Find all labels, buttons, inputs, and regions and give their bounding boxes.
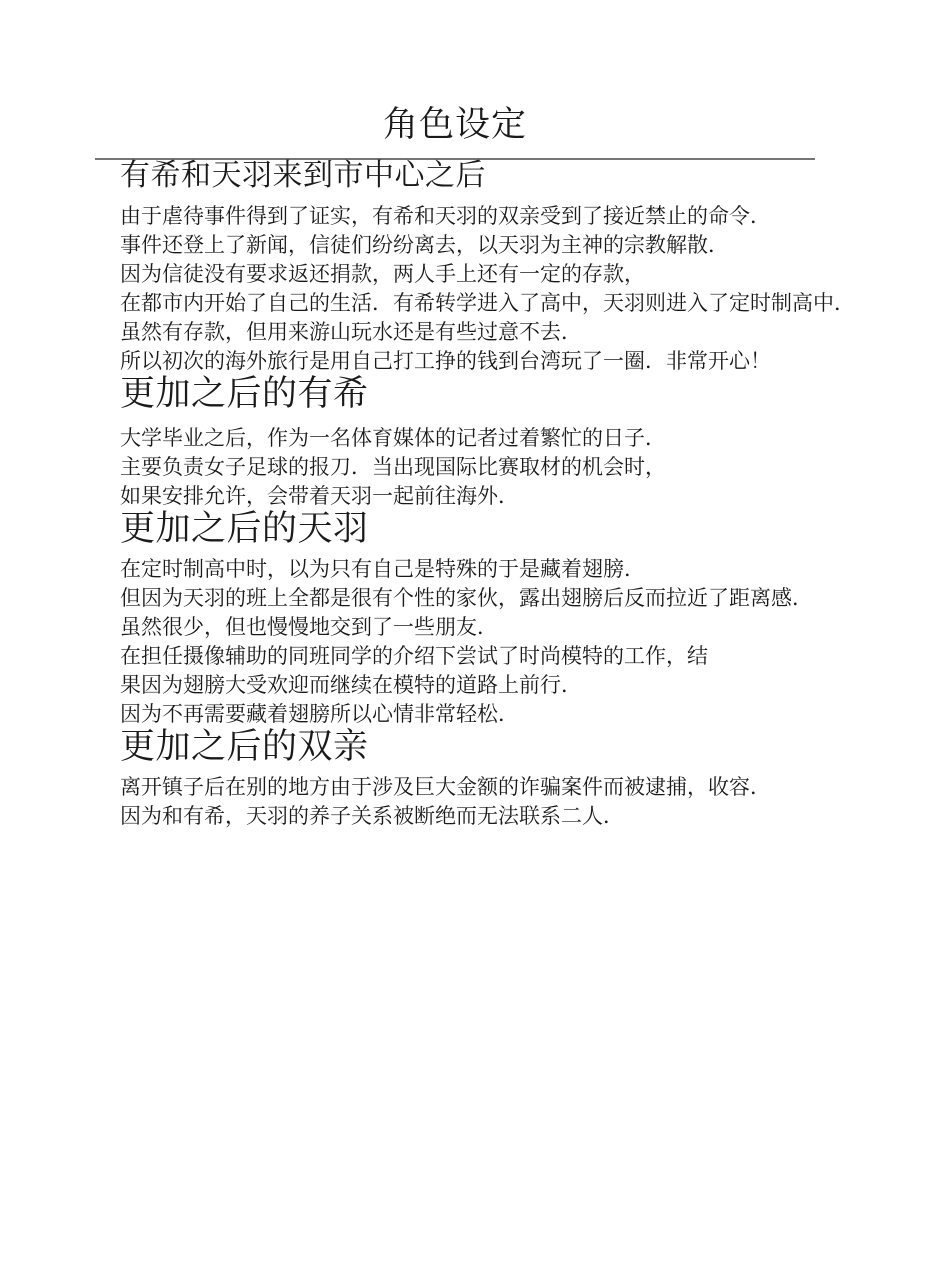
section-body: 在定时制高中时，以为只有自己是特殊的于是藏着翅膀． 但因为天羽的班上全都是很有个… [120,555,815,729]
section-heading: 有希和天羽来到市中心之后 [120,160,815,192]
section-heading: 更加之后的双亲 [120,729,815,766]
body-line: 主要负责女子足球的报刀．当出现国际比赛取材的机会时， [120,453,815,482]
body-line: 在担任摄像辅助的同班同学的介绍下尝试了时尚模特的工作，结 [120,642,815,671]
page-title: 角色设定 [95,0,815,149]
section-later-parents: 更加之后的双亲 离开镇子后在别的地方由于涉及巨大金额的诈骗案件而被逮捕，收容． … [120,729,815,832]
body-line: 大学毕业之后，作为一名体育媒体的记者过着繁忙的日子． [120,424,815,453]
section-body: 由于虐待事件得到了证实，有希和天羽的双亲受到了接近禁止的命令． 事件还登上了新闻… [120,202,815,376]
body-line: 虽然有存款，但用来游山玩水还是有些过意不去． [120,318,815,347]
section-heading: 更加之后的有希 [120,376,815,413]
section-body: 离开镇子后在别的地方由于涉及巨大金额的诈骗案件而被逮捕，收容． 因为和有希，天羽… [120,773,815,831]
body-line: 所以初次的海外旅行是用自己打工挣的钱到台湾玩了一圈．非常开心！ [120,347,815,376]
body-line: 在定时制高中时，以为只有自己是特殊的于是藏着翅膀． [120,555,815,584]
body-line: 事件还登上了新闻，信徒们纷纷离去，以天羽为主神的宗教解散． [120,231,815,260]
section-after-city-center: 有希和天羽来到市中心之后 由于虐待事件得到了证实，有希和天羽的双亲受到了接近禁止… [120,160,815,377]
body-line: 离开镇子后在别的地方由于涉及巨大金额的诈骗案件而被逮捕，收容． [120,773,815,802]
body-line: 虽然很少，但也慢慢地交到了一些朋友． [120,613,815,642]
body-line: 由于虐待事件得到了证实，有希和天羽的双亲受到了接近禁止的命令． [120,202,815,231]
section-heading: 更加之后的天羽 [120,511,815,548]
body-line: 因为和有希，天羽的养子关系被断绝而无法联系二人． [120,802,815,831]
sections-container: 有希和天羽来到市中心之后 由于虐待事件得到了证实，有希和天羽的双亲受到了接近禁止… [120,160,815,832]
body-line: 在都市内开始了自己的生活．有希转学进入了高中，天羽则进入了定时制高中． [120,289,815,318]
section-body: 大学毕业之后，作为一名体育媒体的记者过着繁忙的日子． 主要负责女子足球的报刀．当… [120,424,815,511]
body-line: 如果安排允许，会带着天羽一起前往海外． [120,482,815,511]
body-line: 因为不再需要藏着翅膀所以心情非常轻松． [120,700,815,729]
document-page: 角色设定 有希和天羽来到市中心之后 由于虐待事件得到了证实，有希和天羽的双亲受到… [95,0,815,831]
body-line: 但因为天羽的班上全都是很有个性的家伙，露出翅膀后反而拉近了距离感． [120,584,815,613]
body-line: 果因为翅膀大受欢迎而继续在模特的道路上前行． [120,671,815,700]
body-line: 因为信徒没有要求返还捐款，两人手上还有一定的存款， [120,260,815,289]
section-later-amane: 更加之后的天羽 在定时制高中时，以为只有自己是特殊的于是藏着翅膀． 但因为天羽的… [120,511,815,729]
section-later-yuki: 更加之后的有希 大学毕业之后，作为一名体育媒体的记者过着繁忙的日子． 主要负责女… [120,376,815,511]
